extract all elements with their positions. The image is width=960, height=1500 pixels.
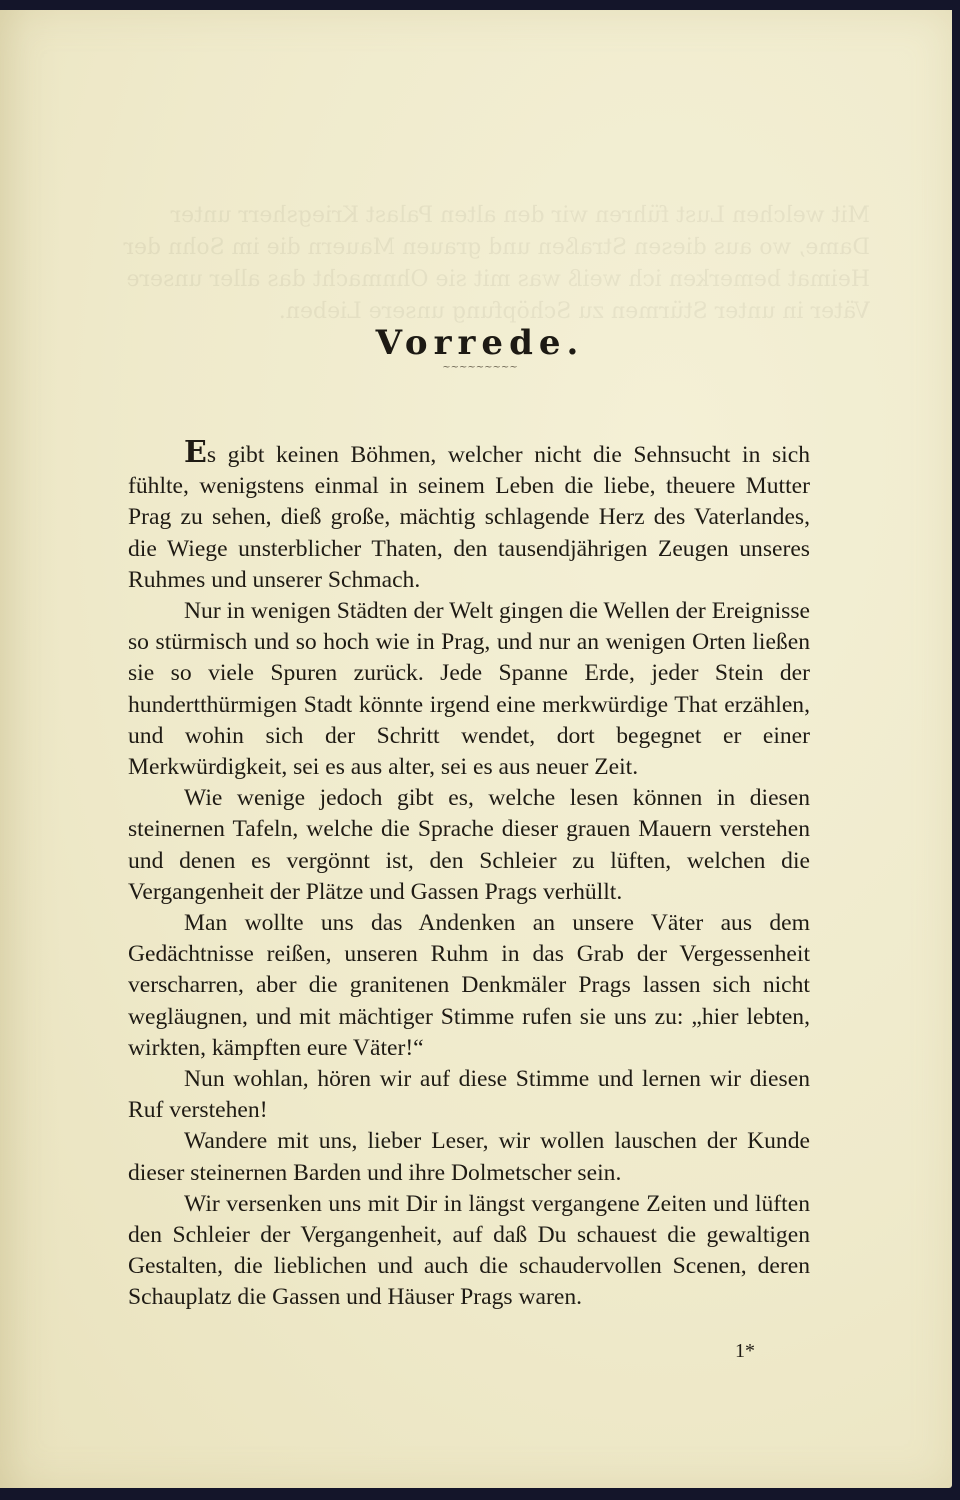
page-title: Vorrede. xyxy=(0,323,960,363)
show-through-text: Mit welchen Lust führen wir den alten Pa… xyxy=(110,200,870,430)
dropcap: E xyxy=(184,435,207,470)
title-ornament: ~~~~~~~~~ xyxy=(0,362,960,373)
paragraph-1-text: s gibt keinen Böhmen, welcher nicht die … xyxy=(128,442,810,593)
preface-body: Es gibt keinen Böhmen, welcher nicht die… xyxy=(128,437,810,1314)
paragraph-2: Nur in wenigen Städten der Welt gingen d… xyxy=(128,596,810,783)
paragraph-5: Nun wohlan, hören wir auf diese Stimme u… xyxy=(128,1064,810,1126)
paragraph-7: Wir versenken uns mit Dir in längst verg… xyxy=(128,1189,810,1314)
paragraph-6: Wandere mit uns, lieber Leser, wir wolle… xyxy=(128,1126,810,1188)
paragraph-3: Wie wenige jedoch gibt es, welche lesen … xyxy=(128,783,810,908)
signature-mark: 1* xyxy=(735,1340,755,1363)
paragraph-1: Es gibt keinen Böhmen, welcher nicht die… xyxy=(128,437,810,596)
paragraph-4: Man wollte uns das Andenken an unsere Vä… xyxy=(128,908,810,1064)
